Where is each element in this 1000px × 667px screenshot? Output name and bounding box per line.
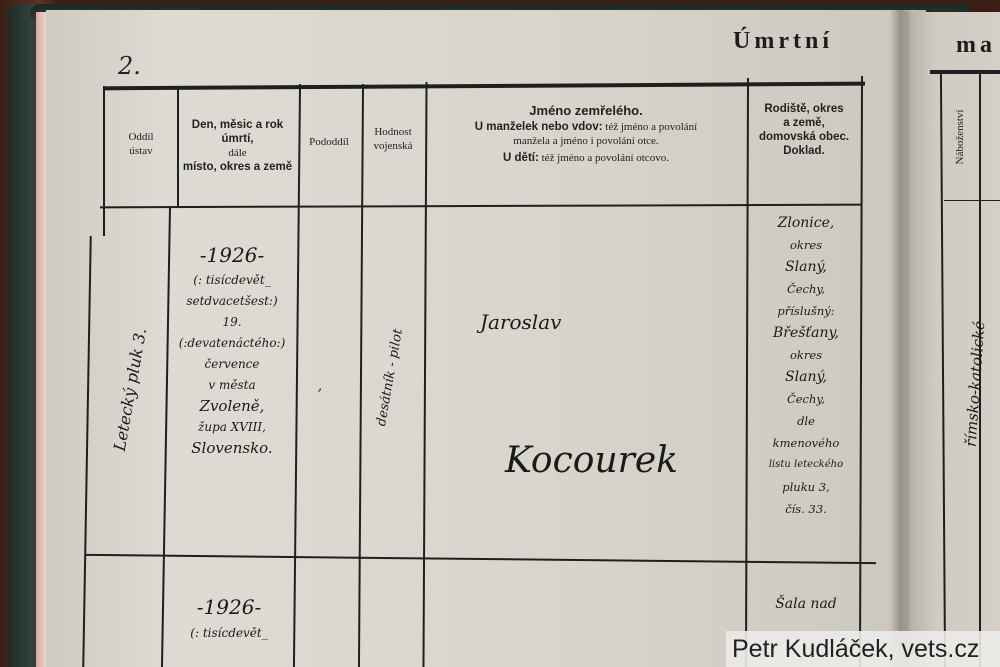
entry-pododdil: , <box>310 378 330 394</box>
photo-credit: Petr Kudláček, vets.cz <box>726 631 1000 667</box>
book-gutter <box>890 10 912 667</box>
entry-datum-line: 19. <box>168 312 296 333</box>
header-rodiste-line: Doklad. <box>783 145 825 157</box>
header-hodnost-line: vojenská <box>362 139 424 153</box>
entry-datum-line: (: tisícdevět_ <box>165 622 293 644</box>
entry-datum-line: setdvacetšest:) <box>168 291 296 312</box>
header-jmeno-text: manžela a jméno i povolání otce. <box>426 134 746 148</box>
header-oddil-line: ústav <box>105 144 177 158</box>
header-hodnost: Hodnost vojenská <box>362 125 424 153</box>
header-jmeno-text: též jméno a povolání <box>605 121 697 133</box>
entry-rodiste-line: čís. 33. <box>750 498 862 520</box>
header-oddil: Oddíl ústav <box>105 130 177 158</box>
entry-datum-line: -1926- <box>165 592 293 622</box>
entry-rodiste-line: Čechy, <box>750 388 862 410</box>
entry-datum-line: v města <box>168 375 296 396</box>
right-page-title-fragment: ma <box>956 32 996 59</box>
entry-datum-line: (: tisícdevět_ <box>168 270 296 291</box>
entry-datum-line: Zvoleně, <box>168 396 296 417</box>
entry-rodiste-line: příslušný: <box>750 300 862 322</box>
entry-first-name: Jaroslav <box>480 310 600 334</box>
header-datum-line: místo, okres a země <box>183 161 292 173</box>
header-nabozenstvi: Náboženství <box>953 97 967 177</box>
entry-datum-line: župa XVIII, <box>168 417 296 438</box>
entry-rodiste-line: okres <box>750 344 862 366</box>
header-jmeno-text: též jméno a povolání otcovo. <box>542 152 669 164</box>
entry-last-name: Kocourek <box>505 440 705 481</box>
entry-datum-line: (:devatenáctého:) <box>168 333 296 354</box>
header-jmeno: Jméno zemřelého. U manželek nebo vdov: t… <box>426 102 746 165</box>
col-line <box>103 86 105 236</box>
entry-rodiste-line: okres <box>750 234 862 256</box>
entry-rodiste: Zlonice, okres Slaný, Čechy, příslušný: … <box>750 212 862 520</box>
entry-datum-line: -1926- <box>168 240 296 270</box>
header-jmeno-bold: U dětí: <box>503 152 539 164</box>
entry-rodiste-line: dle <box>750 410 862 432</box>
header-divider <box>944 200 1000 201</box>
header-datum: Den, měsic a rok úmrtí, dále místo, okre… <box>179 118 296 174</box>
header-rodiste-line: domovská obec. <box>759 131 849 143</box>
entry-rodiste-line: Zlonice, <box>750 212 862 234</box>
header-pododdil: Pododdíl <box>298 135 360 149</box>
header-hodnost-line: Hodnost <box>362 125 424 139</box>
entry-rodiste-line: Slaný, <box>750 256 862 278</box>
header-jmeno-bold: U manželek nebo vdov: <box>475 121 603 133</box>
entry-rodiste-line: Slaný, <box>750 366 862 388</box>
entry-rodiste-line: kmenového <box>750 432 862 454</box>
entry-datum-line: července <box>168 354 296 375</box>
page-title: Úmrtní <box>733 28 833 55</box>
header-oddil-line: Oddíl <box>105 130 177 144</box>
header-datum-line: dále <box>179 146 296 160</box>
header-datum-line: Den, měsic a rok <box>192 119 283 131</box>
page-number: 2. <box>118 52 141 80</box>
entry-rodiste-line: pluku 3, <box>750 476 862 498</box>
entry-rodiste-line: listu leteckého <box>750 454 862 476</box>
entry2-rodiste: Šala nad <box>750 596 862 612</box>
entry-rodiste-line: Čechy, <box>750 278 862 300</box>
entry-datum: -1926- (: tisícdevět_ setdvacetšest:) 19… <box>168 240 296 459</box>
header-rodiste-line: Rodiště, okres <box>764 103 843 115</box>
header-jmeno-title: Jméno zemřelého. <box>426 102 746 120</box>
entry2-datum: -1926- (: tisícdevět_ <box>165 592 293 644</box>
header-rodiste-line: a země, <box>783 117 825 129</box>
header-datum-line: úmrtí, <box>222 133 254 145</box>
header-rodiste: Rodiště, okres a země, domovská obec. Do… <box>748 102 860 158</box>
entry-datum-line: Slovensko. <box>168 438 296 459</box>
entry-rodiste-line: Břešťany, <box>750 322 862 344</box>
